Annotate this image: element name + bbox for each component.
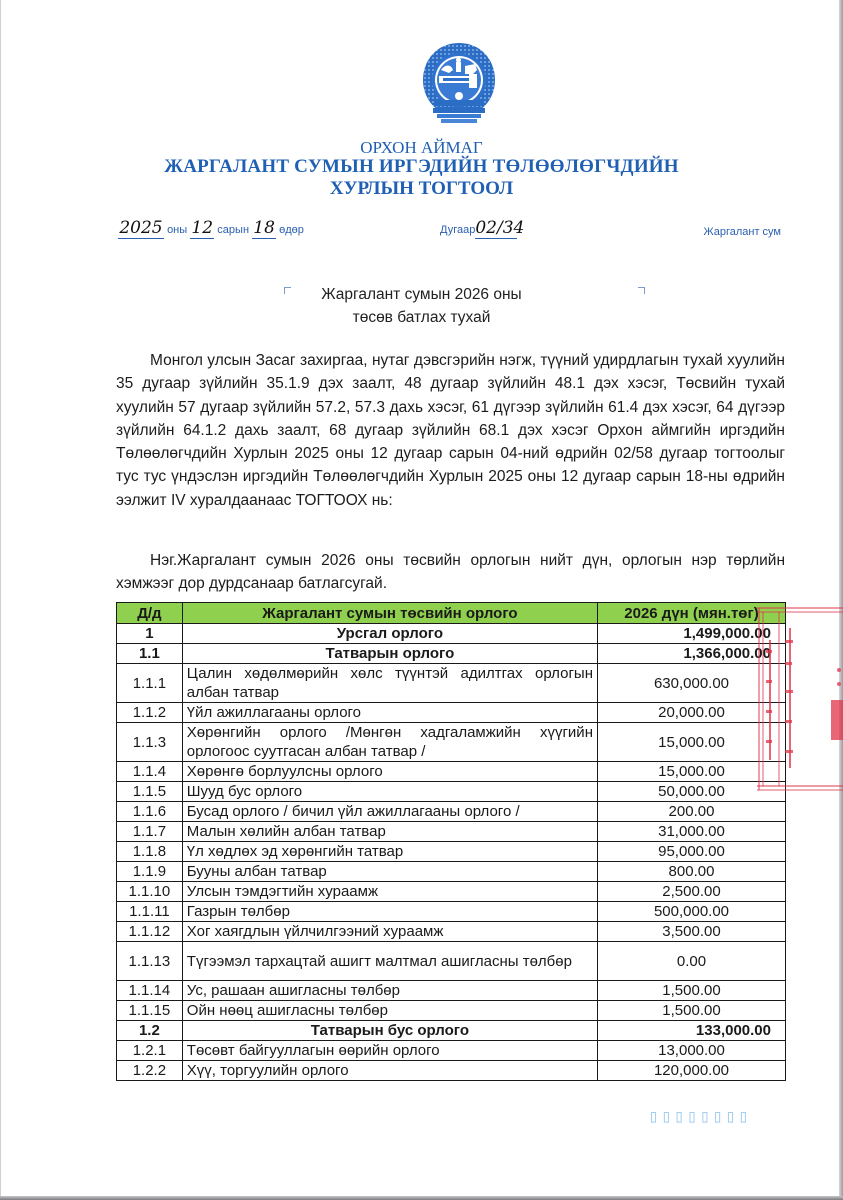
clause-one-paragraph: Нэг.Жаргалант сумын 2026 оны төсвийн орл… [116, 549, 785, 596]
subject-line-1: Жаргалант сумын 2026 оны [0, 286, 843, 304]
row-index: 1.1.5 [117, 782, 183, 802]
row-revenue-name: Хөрөнгийн орлого /Мөнгөн хадгаламжийн хү… [182, 723, 597, 762]
row-index: 1.1.13 [117, 942, 183, 981]
number-field: 02/34 [475, 218, 517, 239]
subject-line-2: төсөв батлах тухай [0, 309, 843, 327]
meta-line: 2025 оны 12 сарын 18 өдөр Дугаар02/34 Жа… [0, 218, 843, 242]
resolution-number: Дугаар02/34 [440, 218, 517, 239]
table-row: 1.1.10Улсын тэмдэгтийн хураамж2,500.00 [117, 882, 786, 902]
column-header-revenue-name: Жаргалант сумын төсвийн орлого [182, 603, 597, 624]
row-revenue-name: Хог хаягдлын үйлчилгээний хураамж [182, 922, 597, 942]
mongolia-state-emblem-icon [419, 40, 499, 132]
table-row: 1.1.13Түгээмэл тархацтай ашигт малтмал а… [117, 942, 786, 981]
place-name: Жаргалант сум [703, 226, 781, 238]
row-revenue-name: Үйл ажиллагааны орлого [182, 703, 597, 723]
council-title: ЖАРГАЛАНТ СУМЫН ИРГЭДИЙН ТӨЛӨӨЛӨГЧДИЙН [0, 156, 843, 178]
table-row: 1.1.9Бууны албан татвар800.00 [117, 862, 786, 882]
date-month-field: 12 [190, 218, 214, 239]
row-revenue-name: Хүү, торгуулийн орлого [182, 1061, 597, 1081]
row-index: 1.2 [117, 1021, 183, 1041]
row-revenue-name: Хөрөнгө борлуулсны орлого [182, 762, 597, 782]
row-index: 1.1.10 [117, 882, 183, 902]
row-amount: 1,500.00 [597, 1001, 785, 1021]
table-row: 1.1.14Ус, рашаан ашигласны төлбөр1,500.0… [117, 981, 786, 1001]
aimag-name: ОРХОН АЙМАГ [0, 138, 843, 158]
row-index: 1.1.1 [117, 664, 183, 703]
red-official-stamp-icon [757, 600, 843, 792]
table-row: 1.1.6Бусад орлого / бичил үйл ажиллагаан… [117, 802, 786, 822]
row-revenue-name: Малын хөлийн албан татвар [182, 822, 597, 842]
row-index: 1.1.2 [117, 703, 183, 723]
row-revenue-name: Цалин хөдөлмөрийн хөлс түүнтэй адилтгах … [182, 664, 597, 703]
row-amount: 500,000.00 [597, 902, 785, 922]
row-revenue-name: Төсөвт байгууллагын өөрийн орлого [182, 1041, 597, 1061]
row-index: 1 [117, 624, 183, 644]
row-revenue-name: Урсгал орлого [182, 624, 597, 644]
table-row: 1.1.7Малын хөлийн албан татвар31,000.00 [117, 822, 786, 842]
row-index: 1.1.14 [117, 981, 183, 1001]
row-index: 1.1 [117, 644, 183, 664]
table-row-subtotal: 1Урсгал орлого1,499,000.00 [117, 624, 786, 644]
row-index: 1.1.11 [117, 902, 183, 922]
row-revenue-name: Газрын төлбөр [182, 902, 597, 922]
date-year-field: 2025 [118, 218, 164, 239]
year-label: оны [167, 224, 187, 236]
row-revenue-name: Бусад орлого / бичил үйл ажиллагааны орл… [182, 802, 597, 822]
table-row: 1.1.11Газрын төлбөр500,000.00 [117, 902, 786, 922]
row-amount: 3,500.00 [597, 922, 785, 942]
number-label: Дугаар [440, 224, 475, 236]
table-row: 1.1.3Хөрөнгийн орлого /Мөнгөн хадгаламжи… [117, 723, 786, 762]
preamble-paragraph: Монгол улсын Засаг захиргаа, нутаг дэвсг… [116, 349, 785, 512]
table-row-subtotal: 1.2Татварын бус орлого133,000.00 [117, 1021, 786, 1041]
table-row-subtotal: 1.1Татварын орлого1,366,000.00 [117, 644, 786, 664]
row-amount: 13,000.00 [597, 1041, 785, 1061]
date-day-field: 18 [252, 218, 276, 239]
row-revenue-name: Шууд бус орлого [182, 782, 597, 802]
table-row: 1.2.2Хүү, торгуулийн орлого120,000.00 [117, 1061, 786, 1081]
row-revenue-name: Татварын орлого [182, 644, 597, 664]
page-edge-bottom [0, 1196, 843, 1200]
row-revenue-name: Татварын бус орлого [182, 1021, 597, 1041]
row-revenue-name: Ус, рашаан ашигласны төлбөр [182, 981, 597, 1001]
table-row: 1.1.5Шууд бус орлого50,000.00 [117, 782, 786, 802]
row-amount: 800.00 [597, 862, 785, 882]
row-index: 1.2.2 [117, 1061, 183, 1081]
table-row: 1.1.1Цалин хөдөлмөрийн хөлс түүнтэй адил… [117, 664, 786, 703]
month-label: сарын [217, 224, 249, 236]
row-index: 1.1.7 [117, 822, 183, 842]
row-revenue-name: Түгээмэл тархацтай ашигт малтмал ашиглас… [182, 942, 597, 981]
row-amount: 133,000.00 [597, 1021, 785, 1041]
resolution-date: 2025 оны 12 сарын 18 өдөр [118, 218, 304, 239]
row-index: 1.1.8 [117, 842, 183, 862]
row-amount: 0.00 [597, 942, 785, 981]
column-header-index: Д/д [117, 603, 183, 624]
row-revenue-name: Ойн нөөц ашигласны төлбөр [182, 1001, 597, 1021]
row-amount: 2,500.00 [597, 882, 785, 902]
resolution-title: ХУРЛЫН ТОГТООЛ [0, 178, 843, 200]
table-row: 1.1.8Үл хөдлөх эд хөрөнгийн татвар95,000… [117, 842, 786, 862]
table-header-row: Д/д Жаргалант сумын төсвийн орлого 2026 … [117, 603, 786, 624]
table-row: 1.2.1Төсөвт байгууллагын өөрийн орлого13… [117, 1041, 786, 1061]
row-amount: 31,000.00 [597, 822, 785, 842]
row-amount: 95,000.00 [597, 842, 785, 862]
day-label: өдөр [279, 224, 304, 236]
table-row: 1.1.4Хөрөнгө борлуулсны орлого15,000.00 [117, 762, 786, 782]
row-index: 1.1.15 [117, 1001, 183, 1021]
row-revenue-name: Улсын тэмдэгтийн хураамж [182, 882, 597, 902]
table-row: 1.1.2Үйл ажиллагааны орлого20,000.00 [117, 703, 786, 723]
faded-serial-stamp: ▯▯▯▯▯▯▯▯ [648, 1106, 751, 1127]
row-revenue-name: Үл хөдлөх эд хөрөнгийн татвар [182, 842, 597, 862]
row-index: 1.1.6 [117, 802, 183, 822]
row-index: 1.1.3 [117, 723, 183, 762]
budget-revenue-table: Д/д Жаргалант сумын төсвийн орлого 2026 … [116, 602, 786, 1081]
row-amount: 200.00 [597, 802, 785, 822]
row-index: 1.1.9 [117, 862, 183, 882]
table-row: 1.1.15Ойн нөөц ашигласны төлбөр1,500.00 [117, 1001, 786, 1021]
row-revenue-name: Бууны албан татвар [182, 862, 597, 882]
row-amount: 120,000.00 [597, 1061, 785, 1081]
table-row: 1.1.12Хог хаягдлын үйлчилгээний хураамж3… [117, 922, 786, 942]
row-index: 1.2.1 [117, 1041, 183, 1061]
row-index: 1.1.12 [117, 922, 183, 942]
row-index: 1.1.4 [117, 762, 183, 782]
row-amount: 1,500.00 [597, 981, 785, 1001]
